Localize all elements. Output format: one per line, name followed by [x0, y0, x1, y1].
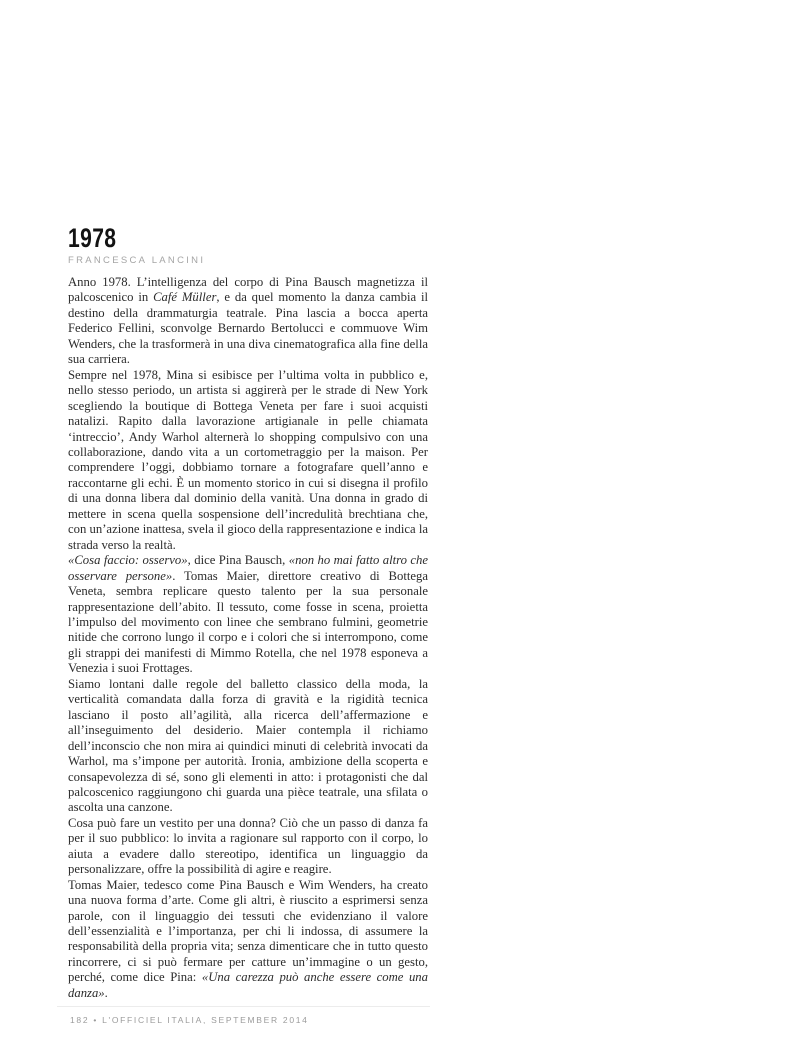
byline: FRANCESCA LANCINI [68, 255, 428, 266]
paragraph: Anno 1978. L’intelligenza del corpo di P… [68, 275, 428, 368]
magazine-page: 1978 FRANCESCA LANCINI Anno 1978. L’inte… [0, 0, 800, 1061]
article-body: Anno 1978. L’intelligenza del corpo di P… [68, 275, 428, 1001]
paragraph: Cosa può fare un vestito per una donna? … [68, 816, 428, 878]
paragraph: «Cosa faccio: osservo», dice Pina Bausch… [68, 553, 428, 677]
page-title: 1978 [68, 226, 116, 250]
footer-divider [57, 1006, 430, 1007]
paragraph: Sempre nel 1978, Mina si esibisce per l’… [68, 368, 428, 553]
page-footer: 182 • L'OFFICIEL ITALIA, SEPTEMBER 2014 [70, 1015, 309, 1025]
article: 1978 FRANCESCA LANCINI Anno 1978. L’inte… [68, 226, 428, 1001]
paragraph: Siamo lontani dalle regole del balletto … [68, 677, 428, 816]
paragraph: Tomas Maier, tedesco come Pina Bausch e … [68, 878, 428, 1002]
